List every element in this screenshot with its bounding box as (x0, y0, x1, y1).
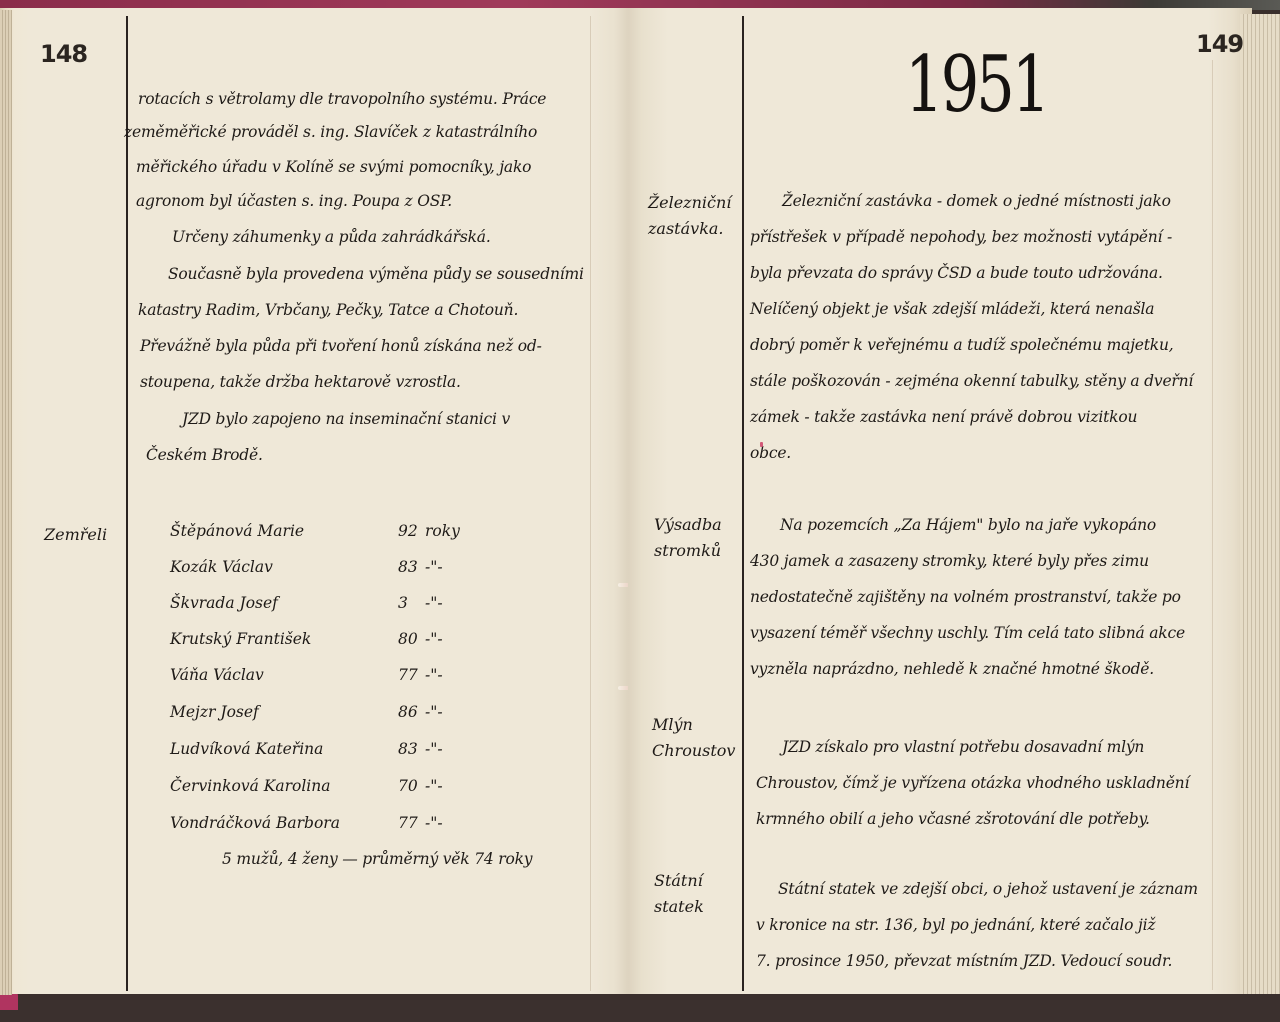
deceased-age: 86 (398, 703, 418, 721)
margin-label-deaths: Zemřeli (44, 522, 107, 548)
age-unit: -"- (425, 558, 443, 576)
text-line: stále poškozován - zejména okenní tabulk… (750, 372, 1193, 390)
deceased-age: 83 (398, 558, 418, 576)
death-entry: Škvrada Josef 3 -"- (170, 594, 490, 624)
margin-label-railway-stop: Železniční zastávka. (648, 190, 731, 242)
text-line: Převážně byla půda při tvoření honů získ… (140, 337, 542, 355)
margin-label-line: statek (654, 894, 704, 920)
margin-label-line: Železniční (648, 190, 731, 216)
margin-label-line: Chroustov (652, 738, 735, 764)
text-line: JZD získalo pro vlastní potřebu dosavadn… (782, 738, 1144, 756)
text-line: zámek - takže zastávka není právě dobrou… (750, 408, 1137, 426)
text-line: Na pozemcích „Za Hájem" bylo na jaře vyk… (780, 516, 1156, 534)
text-line: v kronice na str. 136, byl po jednání, k… (756, 916, 1155, 934)
death-entry: Krutský František 80 -"- (170, 630, 490, 660)
text-line: obce. (750, 444, 791, 462)
age-unit: -"- (425, 594, 443, 612)
text-line: Českém Brodě. (146, 446, 263, 464)
deceased-name: Červinková Karolina (170, 777, 331, 795)
text-line: Nelíčený objekt je však zdejší mládeži, … (750, 300, 1154, 318)
left-margin-rule (126, 16, 128, 991)
margin-label-mill: Mlýn Chroustov (652, 712, 735, 764)
deceased-name: Mejzr Josef (170, 703, 259, 721)
deceased-age: 77 (398, 666, 418, 684)
deceased-age: 83 (398, 740, 418, 758)
left-page-edges (0, 10, 12, 995)
text-line: nedostatečně zajištěny na volném prostra… (750, 588, 1181, 606)
text-line: rotacích s větrolamy dle travopolního sy… (138, 90, 546, 108)
death-entry: Kozák Václav 83 -"- (170, 558, 490, 588)
text-line: Státní statek ve zdejší obci, o jehož us… (778, 880, 1198, 898)
margin-label-state-farm: Státní statek (654, 868, 704, 920)
deceased-name: Škvrada Josef (170, 594, 278, 612)
margin-label-line: stromků (654, 538, 722, 564)
text-line: Určeny záhumenky a půda zahrádkářská. (172, 228, 491, 246)
text-line: 7. prosince 1950, převzat místním JZD. V… (756, 952, 1172, 970)
right-page-edges (1240, 14, 1280, 994)
age-unit: -"- (425, 666, 443, 684)
text-line: zeměměřické prováděl s. ing. Slavíček z … (124, 123, 537, 141)
age-unit: -"- (425, 630, 443, 648)
age-unit: -"- (425, 814, 443, 832)
margin-label-line: Výsadba (654, 512, 722, 538)
text-line: měřického úřadu v Kolíně se svými pomocn… (136, 158, 531, 176)
age-unit: roky (425, 522, 460, 540)
text-line: vyzněla naprázdno, nehledě k značné hmot… (750, 660, 1154, 678)
death-entry: Váňa Václav 77 -"- (170, 666, 490, 696)
margin-label-tree-planting: Výsadba stromků (654, 512, 722, 564)
text-line: JZD bylo zapojeno na inseminační stanici… (182, 410, 510, 428)
age-unit: -"- (425, 703, 443, 721)
text-line: stoupena, takže držba hektarově vzrostla… (140, 373, 461, 391)
text-line: Současně byla provedena výměna půdy se s… (168, 265, 584, 283)
margin-label-line: Státní (654, 868, 704, 894)
deceased-name: Vondráčková Barbora (170, 814, 340, 832)
death-entry: Vondráčková Barbora 77 -"- (170, 814, 490, 844)
deceased-name: Ludvíková Kateřina (170, 740, 323, 758)
death-entry: Štěpánová Marie 92 roky (170, 522, 490, 552)
deceased-age: 92 (398, 522, 418, 540)
deceased-name: Štěpánová Marie (170, 522, 304, 540)
deceased-name: Kozák Václav (170, 558, 273, 576)
text-line: vysazení téměř všechny uschly. Tím celá … (750, 624, 1185, 642)
book-cover-bottom (0, 1000, 1280, 1022)
deceased-age: 77 (398, 814, 418, 832)
deceased-name: Krutský František (170, 630, 311, 648)
right-outer-rule (1212, 60, 1213, 990)
year-heading: 1951 (905, 40, 1047, 130)
text-line: agronom byl účasten s. ing. Poupa z OSP. (136, 192, 452, 210)
pink-ink-mark (760, 442, 763, 447)
deceased-name: Váňa Václav (170, 666, 264, 684)
page-number-left: 148 (40, 40, 87, 68)
text-line: katastry Radim, Vrbčany, Pečky, Tatce a … (138, 301, 518, 319)
margin-label-line: zastávka. (648, 216, 731, 242)
text-line: Chroustov, čímž je vyřízena otázka vhodn… (756, 774, 1189, 792)
deaths-summary: 5 mužů, 4 ženy — průměrný věk 74 roky (222, 850, 532, 868)
text-line: byla převzata do správy ČSD a bude touto… (750, 264, 1163, 282)
left-page (0, 8, 628, 994)
age-unit: -"- (425, 740, 443, 758)
left-outer-rule (590, 16, 591, 991)
deceased-age: 70 (398, 777, 418, 795)
text-line: 430 jamek a zasazeny stromky, které byly… (750, 552, 1149, 570)
text-line: krmného obilí a jeho včasné zšrotování d… (756, 810, 1150, 828)
death-entry: Mejzr Josef 86 -"- (170, 703, 490, 733)
right-margin-rule (742, 16, 744, 991)
deceased-age: 80 (398, 630, 418, 648)
death-entry: Červinková Karolina 70 -"- (170, 777, 490, 807)
text-line: přístřešek v případě nepohody, bez možno… (750, 228, 1172, 246)
page-number-right: 149 (1196, 30, 1243, 58)
right-page (628, 8, 1252, 994)
text-line: Železniční zastávka - domek o jedné míst… (782, 192, 1171, 210)
death-entry: Ludvíková Kateřina 83 -"- (170, 740, 490, 770)
text-line: dobrý poměr k veřejnému a tudíž společné… (750, 336, 1174, 354)
age-unit: -"- (425, 777, 443, 795)
deceased-age: 3 (398, 594, 408, 612)
margin-label-line: Mlýn (652, 712, 735, 738)
